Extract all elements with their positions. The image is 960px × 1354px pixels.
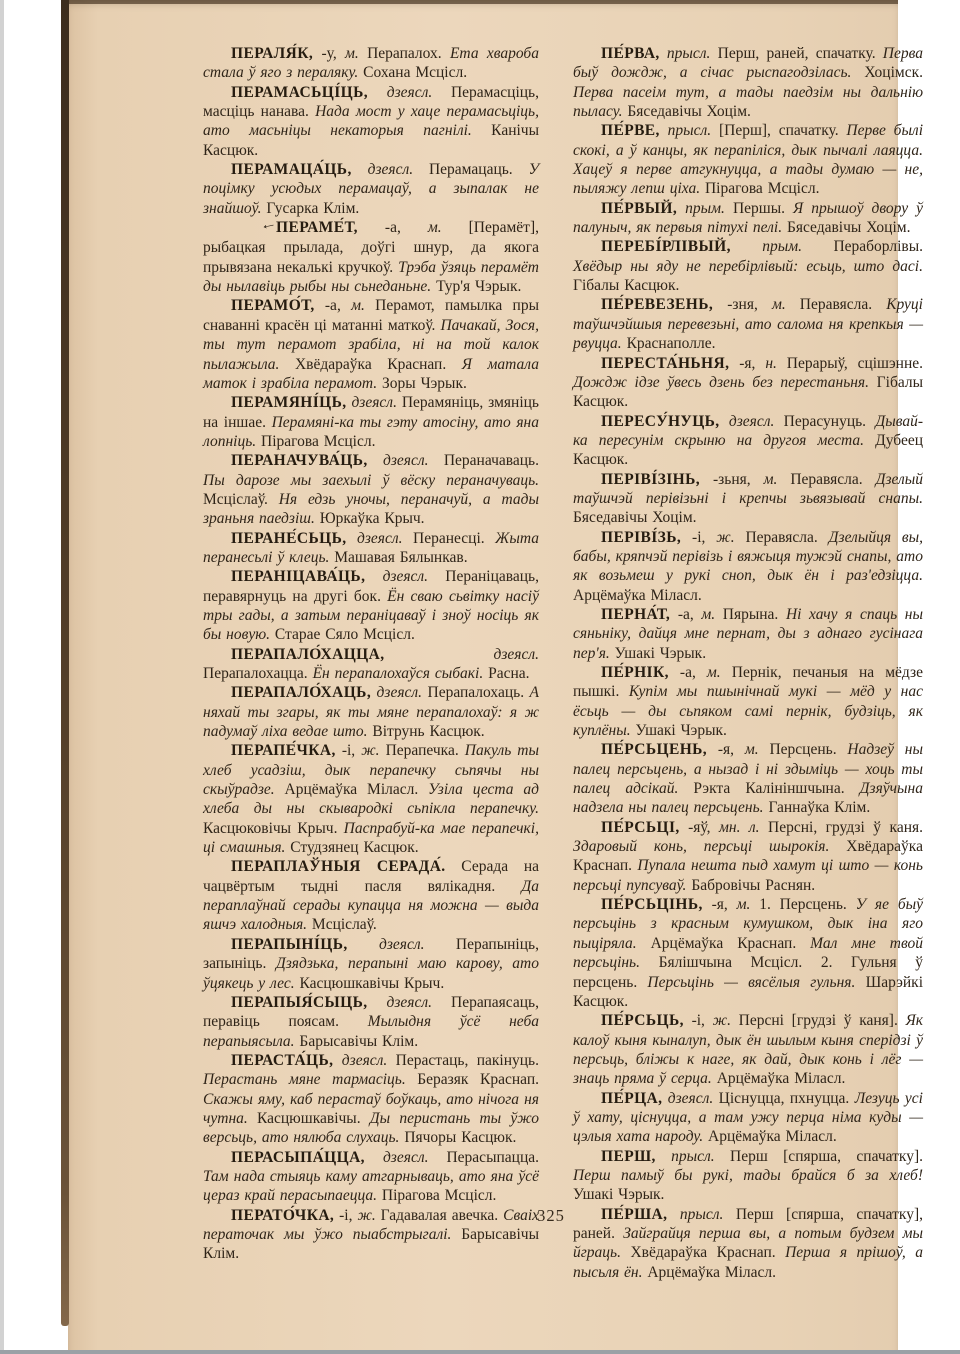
definition-text: Арцёмаўка Міласл.: [642, 1264, 776, 1281]
headword: ПЕРАПЛАЎНЫЯ СЕРАДА́.: [231, 858, 446, 875]
dictionary-entry: ПЕРАНАЧУВА́ЦЬ, дзеясл. Пераначаваць. Пы …: [203, 451, 539, 528]
definition-text: Хоцімск.: [851, 64, 923, 81]
example-or-label-text: дзеясл.: [371, 684, 422, 701]
definition-text: Беразяк Краснап.: [406, 1071, 539, 1088]
example-or-label-text: м.: [701, 606, 715, 623]
book-spine-shadow: [61, 0, 69, 1326]
example-or-label-text: ж.: [361, 742, 379, 759]
definition-text: Барысавічы Клім.: [295, 1033, 419, 1050]
page-top-shadow: [68, 0, 898, 4]
dictionary-entry: ПЕ́РВА, прысл. Перш, раней, спачатку. Пе…: [573, 44, 923, 121]
dictionary-entry: ПЕРАПЕ́ЧКА, -і, ж. Перапечка. Пакуль ты …: [203, 741, 539, 857]
headword: ПЕРАНЕ́СЬЦЬ,: [231, 530, 347, 547]
definition-text: Арцёмаўка Міласл.: [275, 781, 428, 798]
definition-text: Пярына.: [715, 606, 786, 623]
example-or-label-text: Перш памыў бы рукі, тады брайся б за хле…: [573, 1167, 923, 1184]
definition-text: Пірагова Мсцісл.: [700, 180, 819, 197]
definition-text: Мсціслаў.: [203, 491, 279, 508]
headword: ПЕРШ,: [601, 1148, 656, 1165]
definition-text: Пераначаваць.: [428, 452, 539, 469]
definition-text: Арцёмаўка Краснап.: [637, 935, 811, 952]
dictionary-entry: ПЕРАПАЛО́ХАЦЦА, дзеясл. Перапалохацца. Ё…: [203, 645, 539, 684]
dictionary-entry: ПЕ́РВЫЙ, прым. Першы. Я прышоў двору ў п…: [573, 199, 923, 238]
dictionary-text-block: ПЕРАЛЯ́К, -у, м. Перапалох. Ета хвароба …: [203, 44, 923, 1282]
dictionary-entry: ПЕРАМАСЬЦІ́ЦЬ, дзеясл. Перамасціць, масц…: [203, 83, 539, 160]
dictionary-entry: ПЕРНА́Т, -а, м. Пярына. Ні хачу я спаць …: [573, 605, 923, 663]
example-or-label-text: дзеясл.: [368, 452, 429, 469]
definition-text: -а,: [670, 606, 701, 623]
dictionary-entry: ПЕРАПЛАЎНЫЯ СЕРАДА́. Серада на чацвёртым…: [203, 857, 539, 934]
headword: ПЕ́РСЬЦЕНЬ,: [601, 741, 707, 758]
headword: ПЕ́РВЫЙ,: [601, 200, 677, 217]
headword: ПЕРАМЯНІ́ЦЬ,: [231, 394, 347, 411]
definition-text: -зня,: [713, 296, 772, 313]
headword: ПЕРАМАЦА́ЦЬ,: [231, 161, 352, 178]
dictionary-entry: ПЕРАСТА́ЦЬ, дзеясл. Перастаць, пакінуць.…: [203, 1051, 539, 1148]
headword: ПЕ́РЕВЕЗЕНЬ,: [601, 296, 713, 313]
definition-text: Арцёмаўка Міласл.: [712, 1070, 846, 1087]
dictionary-entry: ПЕРАМАЦА́ЦЬ, дзеясл. Перамацаць. У поцім…: [203, 160, 539, 218]
definition-text: -зьня,: [700, 471, 764, 488]
definition-text: -а,: [358, 219, 428, 236]
example-or-label-text: м.: [764, 471, 778, 488]
definition-text: 1. Персцень.: [750, 896, 855, 913]
example-or-label-text: дзеясл.: [365, 1149, 429, 1166]
definition-text: Персцень.: [759, 741, 848, 758]
headword: ПЕРЕСУ́НУЦЬ,: [601, 413, 720, 430]
definition-text: Бяседавічы Хоцім.: [782, 219, 910, 236]
definition-text: Пячоры Касцюк.: [399, 1129, 516, 1146]
definition-text: Перавясла.: [735, 529, 829, 546]
definition-text: Мсціслаў.: [307, 916, 377, 933]
headword: ПЕРІВІ́ЗЬ,: [601, 529, 681, 546]
definition-text: Арцёмаўка Міласл.: [703, 1128, 837, 1145]
definition-text: Перанесці.: [403, 530, 496, 547]
definition-text: Гібалы Касцюк.: [573, 277, 679, 294]
definition-text: Пірагова Мсцісл.: [256, 433, 375, 450]
definition-text: Арцёмаўка Міласл.: [573, 587, 702, 604]
definition-text: Хвёдараўка Краснап.: [279, 356, 461, 373]
dictionary-entry: ПЕРАНЕ́СЬЦЬ, дзеясл. Перанесці. Жыта пер…: [203, 529, 539, 568]
example-or-label-text: ж.: [713, 1012, 731, 1029]
headword: ПЕРІВІ́ЗІНЬ,: [601, 471, 700, 488]
definition-text: Ганнаўка Клім.: [764, 799, 871, 816]
definition-text: Старае Сяло Мсцісл.: [270, 626, 415, 643]
example-or-label-text: н.: [765, 355, 777, 372]
definition-text: Бабровічы Раснян.: [686, 877, 815, 894]
example-or-label-text: Ён перапалохаўся сыбакі.: [313, 665, 484, 682]
definition-text: Перапалох.: [359, 45, 450, 62]
dictionary-entry: ПЕРАНІЦАВА́ЦЬ, дзеясл. Пераніцаваць, пер…: [203, 567, 539, 644]
definition-text: -я,: [703, 896, 737, 913]
dictionary-entry: ПЕРІВІ́ЗЬ, -і, ж. Перавясла. Дзелыйця вы…: [573, 528, 923, 605]
example-or-label-text: м.: [345, 45, 359, 62]
definition-text: Ушакі Чэрык.: [573, 1186, 664, 1203]
headword: ПЕРАМО́Т,: [231, 297, 315, 314]
definition-text: -і,: [336, 742, 361, 759]
dictionary-entry: ПЕ́РНІК, -а, м. Пернік, печаныя на мёдзе…: [573, 663, 923, 740]
example-or-label-text: дзеясл.: [333, 1052, 387, 1069]
example-or-label-text: Дождж ідзе ўвесь дзень без перестаньня.: [573, 374, 869, 391]
example-or-label-text: Перастань мяне тармасіць.: [203, 1071, 406, 1088]
headword: ПЕ́РВЕ,: [601, 122, 660, 139]
dictionary-entry: ПЕРШ, прысл. Перш [спярша, спачатку]. Пе…: [573, 1147, 923, 1205]
definition-text: Перш, раней, спачатку.: [710, 45, 882, 62]
dictionary-entry: ПЕ́РСЬЦІ, -яў, мн. л. Персні, грудзі ў к…: [573, 818, 923, 895]
definition-text: Машавая Бялынкав.: [329, 549, 467, 566]
dictionary-entry: ПЕРАПАЛО́ХАЦЬ, дзеясл. Перапалохаць. А н…: [203, 683, 539, 741]
dictionary-entry: ПЕРЕСТА́НЬНЯ, -я, н. Перарыў, сцішэнне. …: [573, 354, 923, 412]
headword: ПЕРАЛЯ́К,: [231, 45, 313, 62]
headword: ПЕ́РЦА,: [601, 1090, 662, 1107]
scan-left-edge: [0, 0, 4, 1354]
headword: ПЕРНА́Т,: [601, 606, 670, 623]
definition-text: -у,: [313, 45, 345, 62]
headword: ПЕ́РВА,: [601, 45, 660, 62]
example-or-label-text: дзеясл.: [662, 1090, 713, 1107]
headword: ПЕРАМАСЬЦІ́ЦЬ,: [231, 84, 368, 101]
definition-text: -я,: [729, 355, 765, 372]
definition-text: Перасунуць.: [774, 413, 875, 430]
definition-text: Перарыў, сцішэнне.: [777, 355, 923, 372]
headword: ПЕ́РСЬЦІНЬ,: [601, 896, 703, 913]
definition-text: Бяседавічы Хоцім.: [623, 103, 751, 120]
dictionary-entry: ПЕРЕСУ́НУЦЬ, дзеясл. Перасунуць. Дывай-к…: [573, 412, 923, 470]
example-or-label-text: Персьцінь — вясёлыя гульня.: [647, 974, 855, 991]
example-or-label-text: мн. л.: [719, 819, 760, 836]
definition-text: Пераборлівы.: [802, 238, 923, 255]
example-or-label-text: дзеясл.: [348, 936, 425, 953]
definition-text: Юркаўка Крыч.: [315, 510, 425, 527]
dictionary-entry: ПЕ́РЕВЕЗЕНЬ, -зня, м. Перавясла. Круці т…: [573, 295, 923, 353]
headword: ПЕРАПАЛО́ХАЦЬ,: [231, 684, 371, 701]
example-or-label-text: прысл.: [660, 122, 711, 139]
definition-text: Касцюшкавічы.: [248, 1110, 370, 1127]
definition-text: -яў,: [680, 819, 719, 836]
example-or-label-text: прысл.: [660, 45, 711, 62]
definition-text: Касцюшкавічы Крыч.: [295, 975, 445, 992]
definition-text: Перш [спярша, спачатку].: [715, 1148, 923, 1165]
definition-text: [Перш], спачатку.: [711, 122, 846, 139]
definition-text: Ушакі Чэрык.: [631, 722, 727, 739]
definition-text: Перавясла.: [786, 296, 887, 313]
definition-text: -і,: [684, 1012, 713, 1029]
definition-text: Першы.: [725, 200, 793, 217]
dictionary-entry: ПЕ́РСЬЦЬ, -і, ж. Персні [грудзі ў каня].…: [573, 1011, 923, 1088]
dictionary-entry: ПЕРАЛЯ́К, -у, м. Перапалох. Ета хвароба …: [203, 44, 539, 83]
dictionary-entry: ПЕ́РСЬЦЕНЬ, -я, м. Персцень. Надзеў ны п…: [573, 740, 923, 817]
dictionary-entry: ПЕРАМО́Т, -а, м. Перамот, памылка пры сн…: [203, 296, 539, 393]
definition-text: -а,: [669, 664, 707, 681]
example-or-label-text: дзеясл.: [368, 84, 432, 101]
dictionary-entry: ПЕРАПЫЯ́СЫЦЬ, дзеясл. Перапаясаць, перав…: [203, 993, 539, 1051]
dictionary-entry: ПЕ́РВЕ, прысл. [Перш], спачатку. Перве б…: [573, 121, 923, 198]
definition-text: -я,: [707, 741, 745, 758]
definition-text: Гусарка Клім.: [261, 200, 359, 217]
headword: ПЕ́РСЬЦЬ,: [601, 1012, 684, 1029]
dictionary-entry: ПЕРАМЯНІ́ЦЬ, дзеясл. Перамяніць, змяніць…: [203, 393, 539, 451]
headword: ПЕРЕБІ́РЛІВЫЙ,: [601, 238, 731, 255]
definition-text: Бяседавічы Хоцім.: [573, 509, 697, 526]
definition-text: Персні, грудзі ў каня.: [760, 819, 923, 836]
definition-text: Перапечка.: [380, 742, 465, 759]
definition-text: Краснаполле.: [622, 335, 716, 352]
definition-text: Ціснуцца, пхнуцца.: [713, 1090, 854, 1107]
headword: ПЕРАСЫПА́ЦЦА,: [231, 1149, 365, 1166]
definition-text: Студзянец Касцюк.: [285, 839, 418, 856]
example-or-label-text: ж.: [716, 529, 734, 546]
headword: ПЕРАПЕ́ЧКА,: [231, 742, 336, 759]
example-or-label-text: м.: [707, 664, 721, 681]
example-or-label-text: прысл.: [656, 1148, 715, 1165]
left-column: ПЕРАЛЯ́К, -у, м. Перапалох. Ета хвароба …: [203, 44, 539, 1282]
example-or-label-text: прым.: [677, 200, 725, 217]
definition-text: Перавясла.: [777, 471, 875, 488]
definition-text: Хвёдараўка Краснап.: [621, 1244, 785, 1261]
example-or-label-text: м.: [737, 896, 751, 913]
example-or-label-text: Хвёдыр ны яду не перебірлівый: есьць, шт…: [573, 258, 923, 275]
right-column: ПЕ́РВА, прысл. Перш, раней, спачатку. Пе…: [573, 44, 923, 1282]
definition-text: Ушакі Чэрык.: [610, 645, 706, 662]
example-or-label-text: дзеясл.: [352, 161, 413, 178]
example-or-label-text: дзеясл.: [720, 413, 775, 430]
example-or-label-text: Пы дарозе мы заехылі ў вёску пераначувац…: [203, 472, 539, 489]
headword: ПЕРАПАЛО́ХАЦЦА,: [231, 646, 385, 663]
definition-text: Расна.: [483, 665, 529, 682]
example-or-label-text: м.: [351, 297, 365, 314]
example-or-label-text: м.: [772, 296, 786, 313]
definition-text: Перапалохацца.: [203, 665, 313, 682]
page-number: 325: [136, 1206, 960, 1226]
definition-text: Вітрунь Касцюк.: [367, 723, 484, 740]
dictionary-entry: ПЕРАСЫПА́ЦЦА, дзеясл. Перасыпацца. Там н…: [203, 1148, 539, 1206]
headword: ПЕРАПЫЯ́СЫЦЬ,: [231, 994, 368, 1011]
example-or-label-text: м.: [745, 741, 759, 758]
example-or-label-text: прым.: [731, 238, 802, 255]
definition-text: Касцюковічы Крыч.: [203, 820, 344, 837]
definition-text: Перасыпацца.: [428, 1149, 539, 1166]
headword: ПЕРАСТА́ЦЬ,: [231, 1052, 333, 1069]
definition-text: Перастаць, пакінуць.: [387, 1052, 539, 1069]
example-or-label-text: дзеясл.: [347, 530, 403, 547]
headword: ПЕРАМЕ́Т,: [276, 219, 358, 236]
headword: ПЕРАНАЧУВА́ЦЬ,: [231, 452, 368, 469]
headword: ПЕ́РСЬЦІ,: [601, 819, 680, 836]
example-or-label-text: Здаровый конь, персьці шырокія.: [573, 838, 829, 855]
dictionary-entry: ПЕРЕБІ́РЛІВЫЙ, прым. Пераборлівы. Хвёдыр…: [573, 237, 923, 295]
definition-text: Персні [грудзі ў каня].: [731, 1012, 906, 1029]
headword: ПЕРАНІЦАВА́ЦЬ,: [231, 568, 365, 585]
headword: ПЕ́РНІК,: [601, 664, 669, 681]
dictionary-entry: ПЕРАПЫНІ́ЦЬ, дзеясл. Перапыніць, запыніц…: [203, 935, 539, 993]
dictionary-entry: ПЕ́РЦА, дзеясл. Ціснуцца, пхнуцца. Лезуц…: [573, 1089, 923, 1147]
definition-text: Пірагова Мсцісл.: [377, 1187, 496, 1204]
definition-text: Зоры Чэрык.: [377, 375, 467, 392]
scan-bottom-edge: [0, 1350, 960, 1354]
definition-text: -а,: [315, 297, 351, 314]
definition-text: Перапалохаць.: [422, 684, 529, 701]
example-or-label-text: дзеясл.: [385, 646, 539, 663]
definition-text: Рэкта Калініншчына.: [678, 780, 859, 797]
headword: ПЕРЕСТА́НЬНЯ,: [601, 355, 729, 372]
dictionary-entry: ПЕРІВІ́ЗІНЬ, -зьня, м. Перавясла. Дзелый…: [573, 470, 923, 528]
headword: ПЕРАПЫНІ́ЦЬ,: [231, 936, 348, 953]
definition-text: Сохана Мсцісл.: [358, 64, 467, 81]
definition-text: -і,: [681, 529, 716, 546]
definition-text: Тур'я Чэрык.: [431, 278, 521, 295]
example-or-label-text: дзеясл.: [368, 994, 432, 1011]
example-or-label-text: дзеясл.: [365, 568, 428, 585]
dictionary-entry: ←ПЕРАМЕ́Т, -а, м. [Перамёт], рыбацкая пр…: [203, 218, 539, 296]
book-page: ПЕРАЛЯ́К, -у, м. Перапалох. Ета хвароба …: [68, 0, 898, 1354]
example-or-label-text: дзеясл.: [347, 394, 397, 411]
definition-text: Перамацаць.: [413, 161, 528, 178]
example-or-label-text: м.: [428, 219, 442, 236]
dictionary-entry: ПЕ́РСЬЦІНЬ, -я, м. 1. Персцень. У яе быў…: [573, 895, 923, 1011]
